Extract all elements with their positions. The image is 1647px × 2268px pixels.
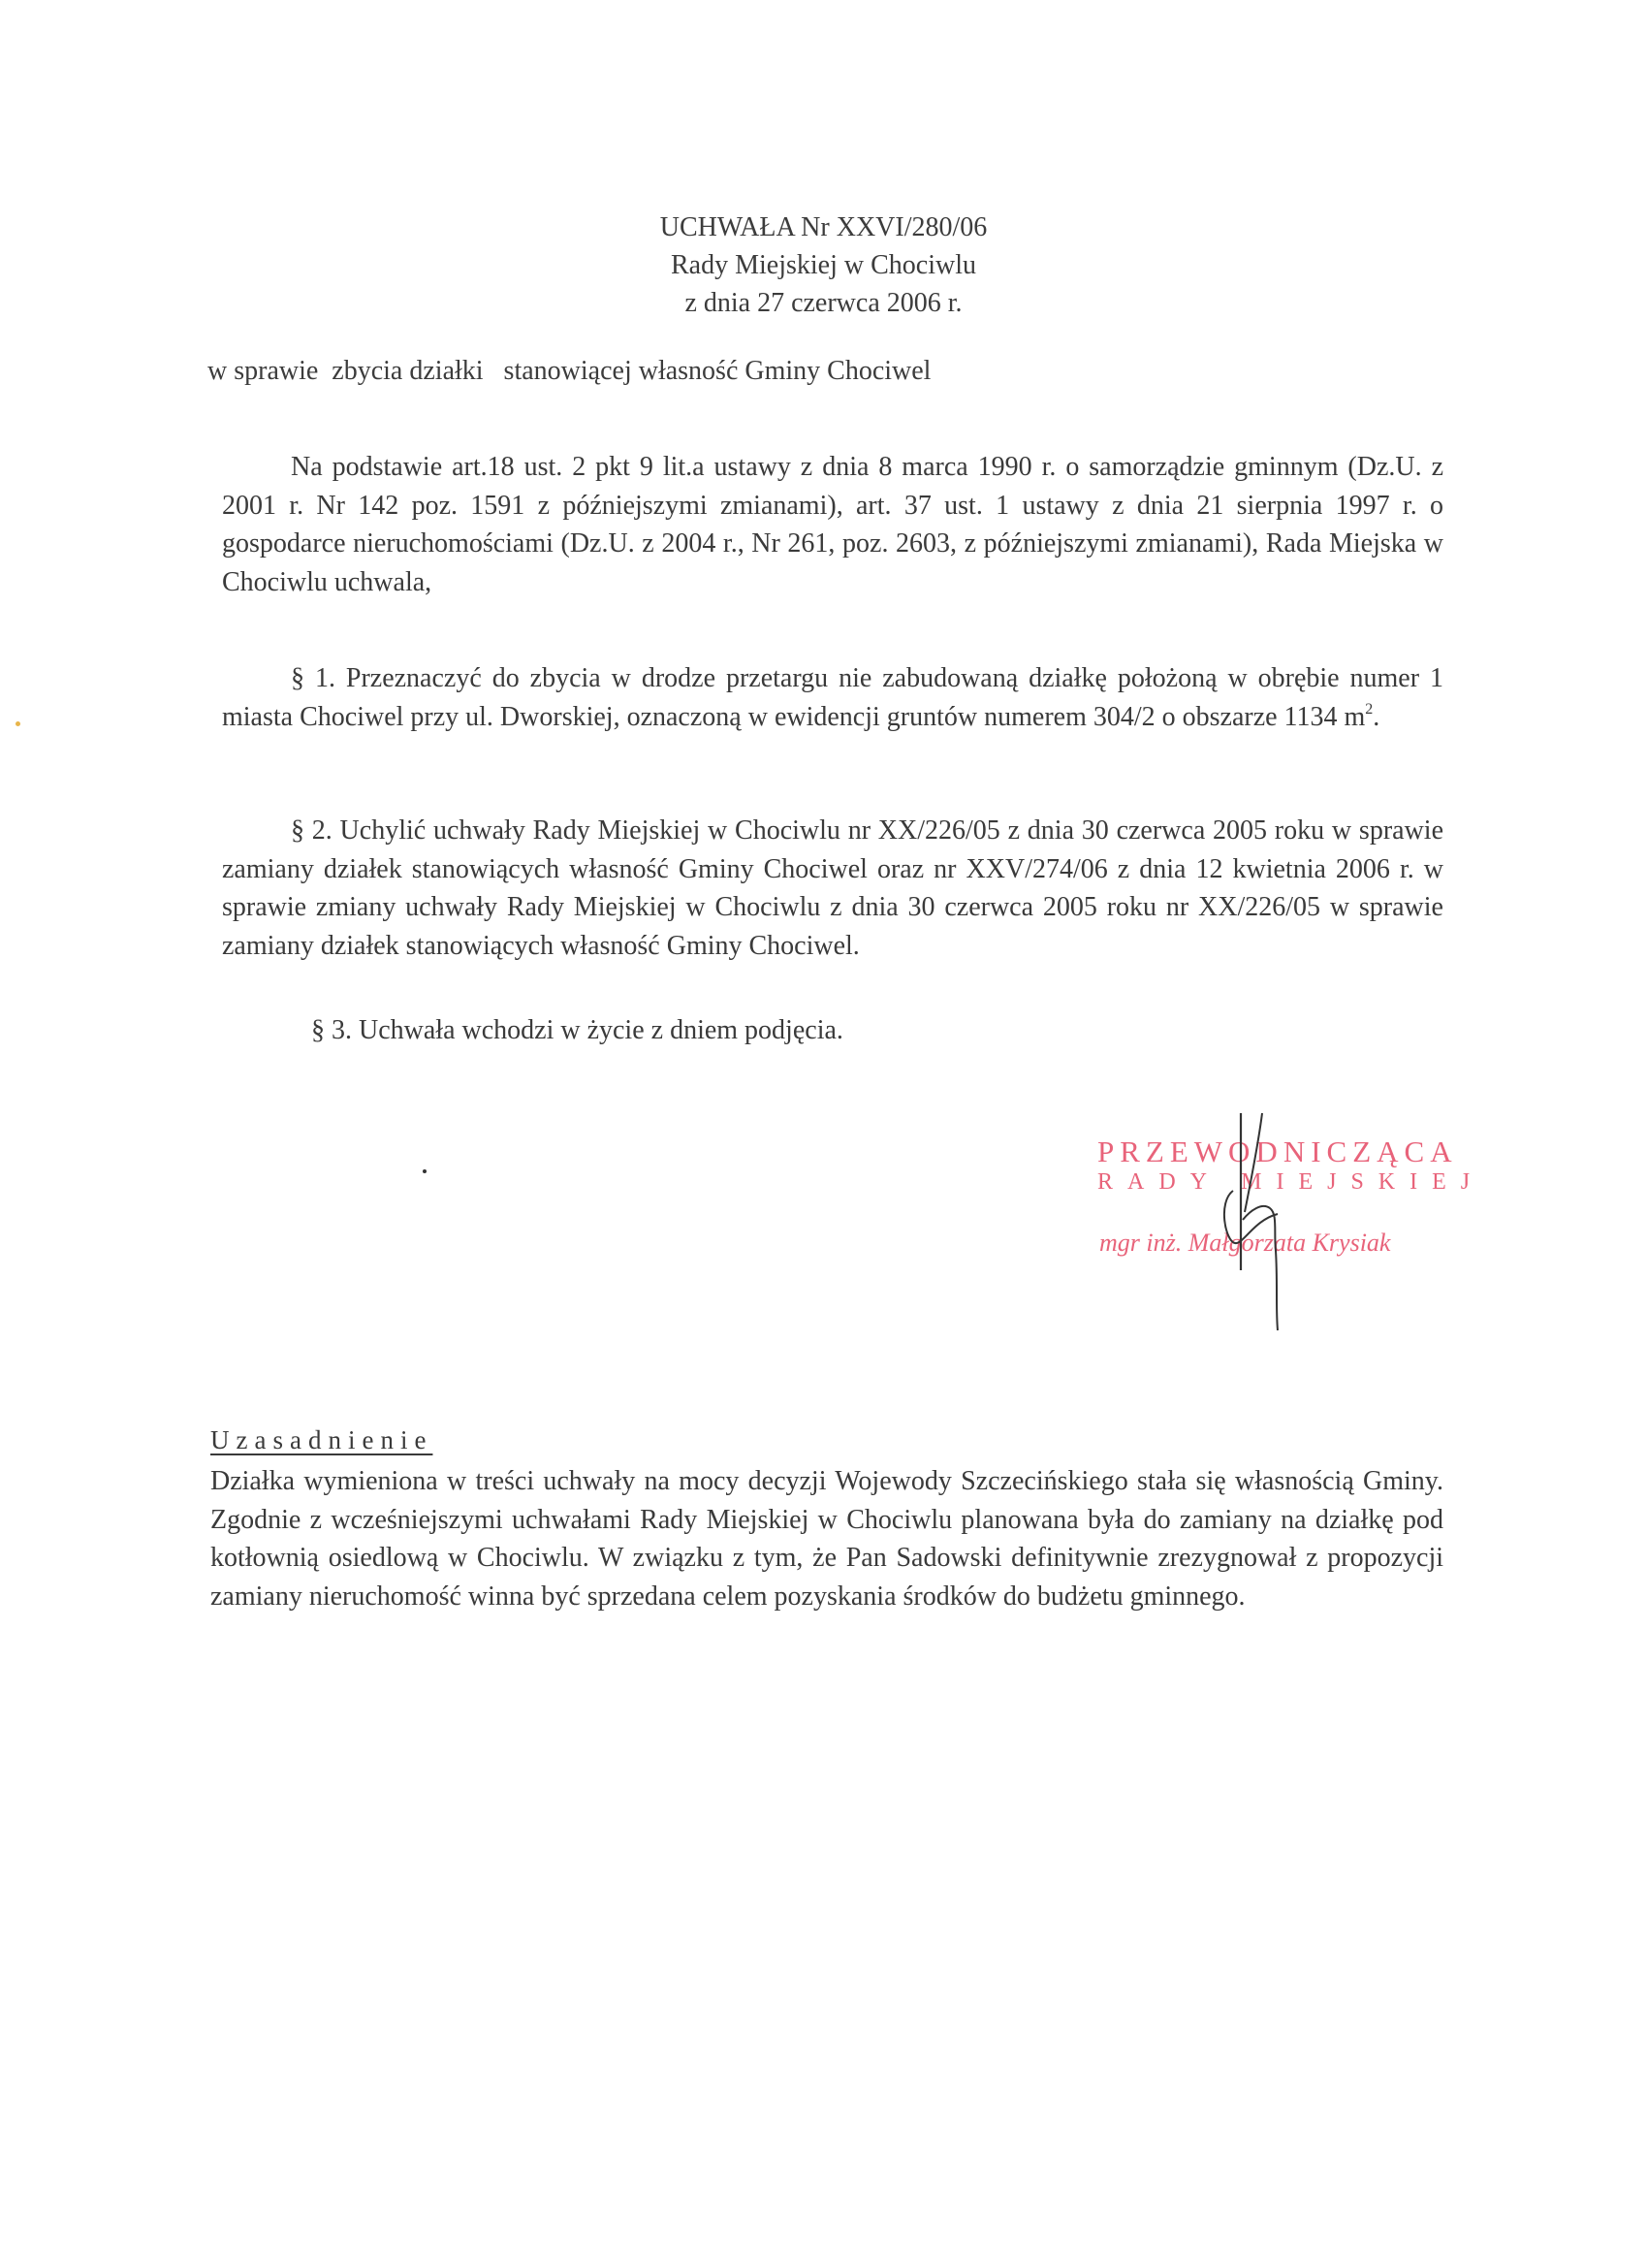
scan-speck [423,1169,427,1173]
chairperson-stamp: PRZEWODNICZĄCA RADY MIEJSKIEJ mgr inż. M… [1093,1125,1481,1319]
section-2-text: § 2. Uchylić uchwały Rady Miejskiej w Ch… [222,815,1443,961]
section-1-text: § 1. Przeznaczyć do zbycia w drodze prze… [222,663,1443,732]
section-3: § 3. Uchwała wchodzi w życie z dniem pod… [311,1015,843,1046]
justification-body: Działka wymieniona w treści uchwały na m… [210,1462,1443,1615]
document-page: UCHWAŁA Nr XXVI/280/06 Rady Miejskiej w … [0,0,1647,2268]
resolution-issuer: Rady Miejskiej w Chociwlu [0,246,1647,284]
justification-heading: Uzasadnienie [210,1425,432,1455]
resolution-title: UCHWAŁA Nr XXVI/280/06 [0,208,1647,246]
section-1: § 1. Przeznaczyć do zbycia w drodze prze… [222,659,1443,736]
stamp-line-title: PRZEWODNICZĄCA [1097,1134,1458,1169]
section-2: § 2. Uchylić uchwały Rady Miejskiej w Ch… [222,812,1443,965]
scan-speck [16,721,20,726]
legal-basis-paragraph: Na podstawie art.18 ust. 2 pkt 9 lit.a u… [222,448,1443,601]
resolution-subject: w sprawie zbycia działki stanowiącej wła… [207,356,931,387]
stamp-line-council: RADY MIEJSKIEJ [1097,1169,1484,1196]
resolution-header: UCHWAŁA Nr XXVI/280/06 Rady Miejskiej w … [0,208,1647,322]
section-1-suffix: . [1373,702,1379,732]
resolution-date: z dnia 27 czerwca 2006 r. [0,284,1647,322]
legal-basis-text: Na podstawie art.18 ust. 2 pkt 9 lit.a u… [222,452,1443,597]
stamp-line-name: mgr inż. Małgorzata Krysiak [1099,1229,1390,1258]
